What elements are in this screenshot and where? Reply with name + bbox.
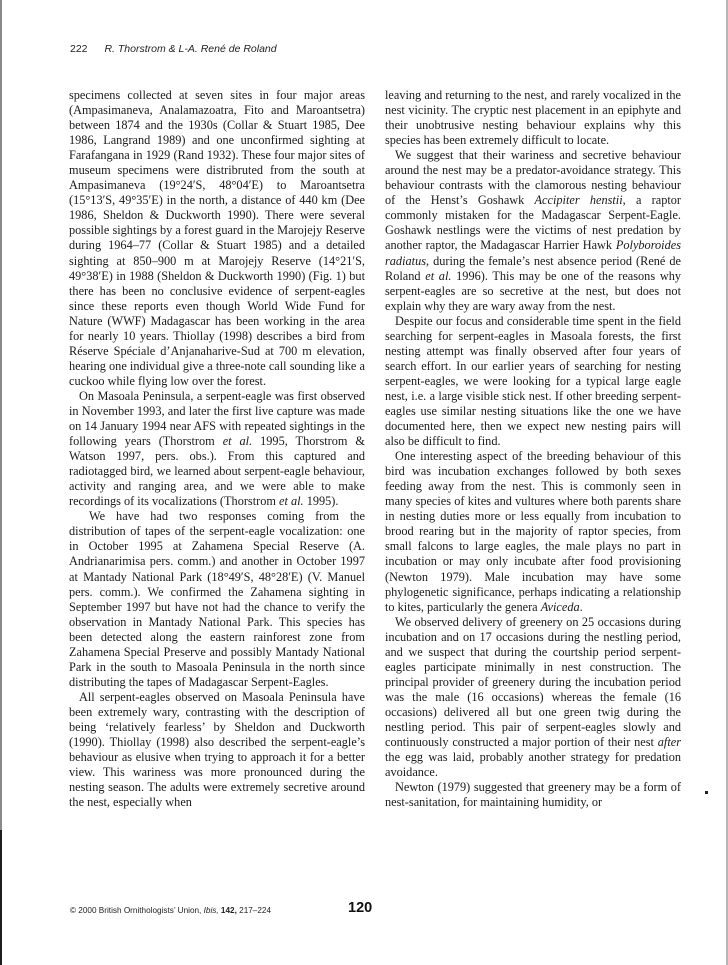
footer-journal: Ibis,: [204, 906, 219, 915]
body-paragraph: We suggest that their wariness and secre…: [385, 148, 681, 314]
body-paragraph: Despite our focus and considerable time …: [385, 314, 681, 449]
page-number: 222: [70, 43, 88, 55]
italic-text: et al.: [279, 494, 304, 508]
running-head: 222 R. Thorstrom & L-A. René de Roland: [70, 43, 277, 55]
paragraph-text: .: [580, 600, 583, 614]
body-paragraph: All serpent-eagles observed on Masoala P…: [69, 690, 365, 810]
body-paragraph: One interesting aspect of the breeding b…: [385, 449, 681, 615]
body-paragraph: We have had two responses coming from th…: [69, 509, 365, 690]
paragraph-text: One interesting aspect of the breeding b…: [385, 449, 681, 613]
footer-copyright: © 2000 British Ornithologists’ Union,: [70, 906, 204, 915]
scan-edge-left-shadow: [0, 830, 2, 965]
body-paragraph: On Masoala Peninsula, a serpent-eagle wa…: [69, 389, 365, 509]
paragraph-text: We observed delivery of greenery on 25 o…: [385, 615, 681, 749]
footer-volume: 142,: [219, 906, 237, 915]
body-paragraph: We observed delivery of greenery on 25 o…: [385, 615, 681, 781]
paragraph-text: All serpent-eagles observed on Masoala P…: [69, 690, 365, 809]
italic-text: Aviceda: [541, 600, 580, 614]
italic-text: et al.: [425, 269, 451, 283]
paragraph-text: 1995).: [304, 494, 339, 508]
footer-citation: © 2000 British Ornithologists’ Union, Ib…: [70, 906, 271, 915]
paragraph-text: Despite our focus and considerable time …: [385, 314, 681, 448]
paragraph-text: leaving and returning to the nest, and r…: [385, 88, 681, 147]
footer-pages: 217–224: [237, 906, 271, 915]
body-paragraph: leaving and returning to the nest, and r…: [385, 88, 681, 148]
italic-text: et al.: [223, 434, 252, 448]
paragraph-text: Newton (1979) suggested that greenery ma…: [385, 780, 681, 809]
italic-text: after: [658, 735, 681, 749]
italic-text: Accipiter henstii: [535, 193, 623, 207]
paragraph-text: We have had two responses coming from th…: [69, 509, 365, 689]
right-column: leaving and returning to the nest, and r…: [385, 88, 681, 810]
body-paragraph: Newton (1979) suggested that greenery ma…: [385, 780, 681, 810]
footer-page-id: 120: [348, 900, 372, 916]
body-paragraph: specimens collected at seven sites in fo…: [69, 88, 365, 389]
left-column: specimens collected at seven sites in fo…: [69, 88, 365, 810]
scan-edge-left: [0, 0, 2, 965]
running-head-authors: R. Thorstrom & L-A. René de Roland: [104, 43, 276, 55]
scan-speck: [705, 791, 708, 794]
paragraph-text: the egg was laid, probably another strat…: [385, 750, 681, 779]
paragraph-text: specimens collected at seven sites in fo…: [69, 88, 365, 388]
